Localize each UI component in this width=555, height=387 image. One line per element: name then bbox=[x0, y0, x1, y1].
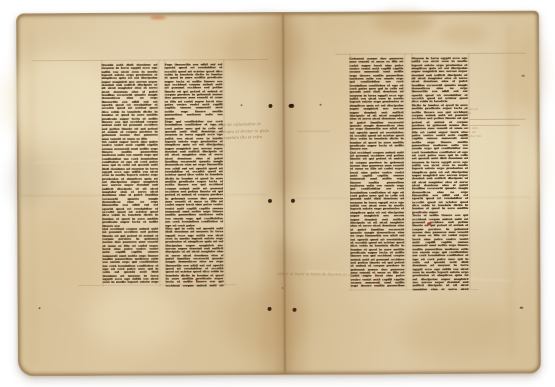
catalog-photo-background: Quoniā autē dixit dominus ad moysen in t… bbox=[0, 0, 555, 387]
rubric-mark bbox=[427, 222, 431, 225]
manuscript-bifolium: Quoniā autē dixit dominus ad moysen in t… bbox=[16, 11, 541, 377]
rubric-layer bbox=[17, 12, 540, 376]
rubric-mark bbox=[375, 274, 377, 276]
rubric-mark bbox=[195, 278, 197, 280]
